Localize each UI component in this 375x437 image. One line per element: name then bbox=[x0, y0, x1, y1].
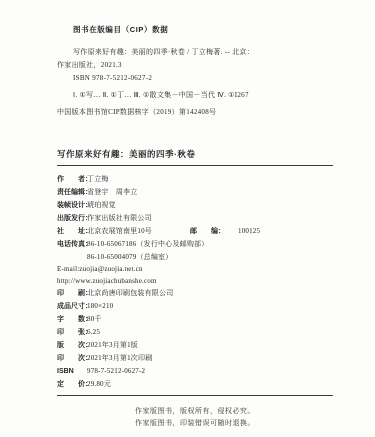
field-label: 成品尺寸： bbox=[57, 301, 87, 313]
cip-heading: 图书在版编目（CIP）数据 bbox=[57, 25, 333, 35]
colophon-row-website: http://www.zuojiachubanshe.com bbox=[57, 275, 333, 287]
colophon-row-edition: 版 次：2021年3月第1版 bbox=[57, 339, 333, 352]
field-value: 2021年3月第1版 bbox=[87, 341, 138, 349]
field-label: ISBN bbox=[57, 366, 87, 378]
field-label: 定 价： bbox=[57, 379, 87, 391]
cip-entry-line-2: 作家出版社，2021.3 bbox=[57, 59, 333, 72]
field-label: 字 数： bbox=[57, 314, 87, 326]
copyright-page: 图书在版编目（CIP）数据 写作原来好有趣：美丽的四季·秋卷 / 丁立梅著. -… bbox=[0, 0, 375, 437]
field-value: 86-10-65067186（发行中心及邮购部） bbox=[87, 240, 208, 248]
field-value: 北京尚唐印刷包装有限公司 bbox=[87, 289, 173, 297]
cip-classification-line: Ⅰ. ①写… Ⅱ. ①丁… Ⅲ. ①散文集－中国－当代 Ⅳ. ①I267 bbox=[57, 89, 333, 102]
footer-notices: 作家版图书，版权所有，侵权必究。 作家版图书，印装错误可随时退换。 bbox=[57, 405, 333, 429]
colophon-rows: 作 者：丁立梅 责任编辑：省登宇 周李立 装帧设计：琥珀视觉 出版发行：作家出版… bbox=[57, 173, 333, 391]
field-value: 80千 bbox=[87, 315, 102, 323]
email-text: E-mail:zuojia@zuojia.net.cn bbox=[57, 265, 143, 273]
field-label: 出版发行： bbox=[57, 213, 87, 225]
colophon-row-price: 定 价：29.80元 bbox=[57, 378, 333, 391]
field-value: 丁立梅 bbox=[87, 175, 109, 183]
colophon-row-email: E-mail:zuojia@zuojia.net.cn bbox=[57, 263, 333, 275]
colophon-row-design: 装帧设计：琥珀视觉 bbox=[57, 199, 333, 212]
colophon-row-printer: 印 刷：北京尚唐印刷包装有限公司 bbox=[57, 287, 333, 300]
field-label: 电话传真： bbox=[57, 239, 87, 251]
colophon-row-address: 社 址：北京农展馆南里10号邮 编：100125 bbox=[57, 225, 333, 238]
page-content: 图书在版编目（CIP）数据 写作原来好有趣：美丽的四季·秋卷 / 丁立梅著. -… bbox=[0, 25, 375, 429]
field-value: 省登宇 周李立 bbox=[87, 188, 137, 196]
field-value: 180×210 bbox=[87, 302, 113, 310]
field-label: 印 次： bbox=[57, 353, 87, 365]
footer-rule bbox=[57, 395, 333, 396]
cip-record-line: 中国版本图书馆CIP数据核字（2019）第142408号 bbox=[57, 106, 333, 119]
colophon-row-phone: 电话传真：86-10-65067186（发行中心及邮购部） bbox=[57, 238, 333, 251]
field-label: 责任编辑： bbox=[57, 187, 87, 199]
colophon-row-editor: 责任编辑：省登宇 周李立 bbox=[57, 186, 333, 199]
colophon-row-wordcount: 字 数：80千 bbox=[57, 313, 333, 326]
field-value: 北京农展馆南里10号 bbox=[87, 225, 190, 237]
colophon-row-phone-2: 86-10-65004079（总编室） bbox=[57, 251, 333, 263]
colophon-row-size: 成品尺寸：180×210 bbox=[57, 300, 333, 313]
field-value: 琥珀视觉 bbox=[87, 201, 116, 209]
book-title: 写作原来好有趣：美丽的四季·秋卷 bbox=[57, 149, 333, 166]
field-label: 印 张： bbox=[57, 327, 87, 339]
colophon-row-publisher: 出版发行：作家出版社有限公司 bbox=[57, 212, 333, 225]
cip-isbn-line: ISBN 978-7-5212-0627-2 bbox=[57, 72, 333, 85]
field-value: 2021年3月第1次印刷 bbox=[87, 354, 152, 362]
field-value: 作家出版社有限公司 bbox=[87, 214, 152, 222]
field-label: 社 址： bbox=[57, 226, 87, 238]
field-value: 86-10-65004079（总编室） bbox=[87, 253, 172, 261]
postcode-label: 邮 编： bbox=[190, 226, 238, 238]
field-value: 6.25 bbox=[87, 328, 100, 336]
cip-entry-line-1: 写作原来好有趣：美丽的四季·秋卷 / 丁立梅著. -- 北京： bbox=[57, 46, 333, 59]
field-label: 版 次： bbox=[57, 340, 87, 352]
postcode-value: 100125 bbox=[238, 227, 260, 235]
field-label: 印 刷： bbox=[57, 288, 87, 300]
copyright-notice: 作家版图书，版权所有，侵权必究。 bbox=[57, 405, 333, 417]
field-value: 29.80元 bbox=[87, 380, 111, 388]
website-text: http://www.zuojiachubanshe.com bbox=[57, 277, 157, 285]
field-label: 作 者： bbox=[57, 174, 87, 186]
exchange-notice: 作家版图书，印装错误可随时退换。 bbox=[57, 417, 333, 429]
colophon-row-sheets: 印 张：6.25 bbox=[57, 326, 333, 339]
field-value: 978-7-5212-0627-2 bbox=[87, 367, 145, 375]
field-label: 装帧设计： bbox=[57, 200, 87, 212]
colophon-row-author: 作 者：丁立梅 bbox=[57, 173, 333, 186]
colophon-row-isbn: ISBN978-7-5212-0627-2 bbox=[57, 365, 333, 378]
colophon-row-printing: 印 次：2021年3月第1次印刷 bbox=[57, 352, 333, 365]
